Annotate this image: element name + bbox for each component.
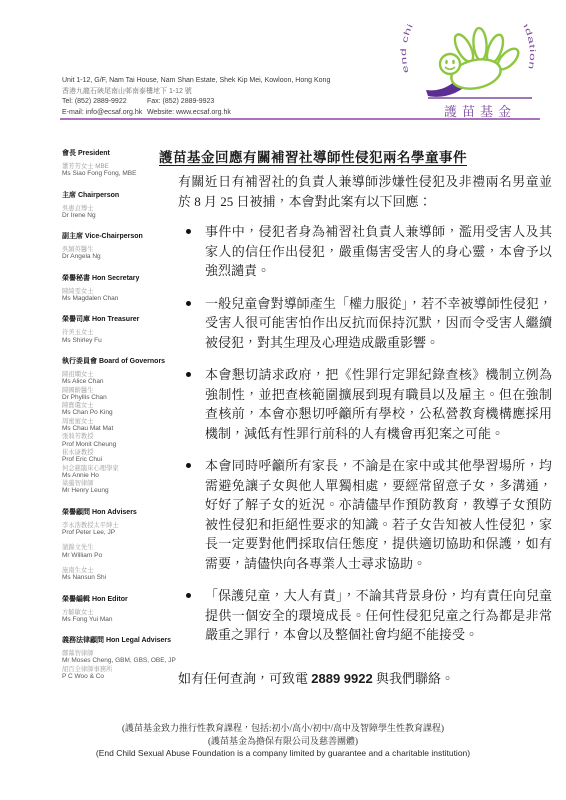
member-entry: 胡百全律師事務所 P C Woo & Co [62, 666, 176, 681]
member-name-en: Ms Annie Ho [62, 472, 176, 479]
member-name-en: Dr Irene Ng [62, 212, 176, 219]
member-entry: 陳綺雯女士 Ms Magdalen Chan [62, 288, 176, 303]
member-name-zh: 陳綺雯女士 [62, 288, 176, 295]
member-name-zh: 胡百全律師事務所 [62, 666, 176, 673]
page-title: 護苗基金回應有關補習社導師性侵犯兩名學童事件 [159, 146, 467, 166]
enquiry-suffix: 與我們聯絡。 [373, 671, 454, 686]
section-heading: 榮譽顧問 Hon Advisers [62, 509, 176, 517]
bullet-item: 本會同時呼籲所有家長，不論是在家中或其他學習場所，均需避免讓子女與他人單獨相處，… [178, 456, 552, 573]
section-heading: 義務法律顧問 Hon Legal Advisers [62, 637, 176, 645]
member-name-zh: 蒲錦文先生 [62, 544, 176, 551]
bullet-item: 本會懇切請求政府，把《性罪行定罪紀錄查核》機制立例為強制性，並把查核範圍擴展到現… [178, 365, 552, 443]
member-name-zh: 何念慈臨床心理學家 [62, 465, 176, 472]
tel-fax-line: Tel: (852) 2889-9922 Fax: (852) 2889-992… [62, 97, 392, 108]
member-name-zh: 梁靄智律師 [62, 480, 176, 487]
member-name-zh: 張莉芳教授 [62, 433, 176, 440]
member-name-en: Dr Angela Ng [62, 253, 176, 260]
member-name-zh: 吳惠貞博士 [62, 205, 176, 212]
sidebar-section-vice-chairperson: 副主席 Vice-Chairperson 吳頴英醫生 Dr Angela Ng [62, 233, 176, 261]
member-name-en: Prof Eric Chui [62, 456, 176, 463]
bullet-icon [186, 593, 191, 598]
email-website-line: E-mail: info@ecsaf.org.hk Website: www.e… [62, 108, 392, 119]
sidebar-section-hon-legal-advisers: 義務法律顧問 Hon Legal Advisers 鄭慕智律師 Mr Moses… [62, 637, 176, 680]
member-name-zh: 施南生女士 [62, 567, 176, 574]
member-entry: 吳惠貞博士 Dr Irene Ng [62, 205, 176, 220]
member-entry: 吳頴英醫生 Dr Angela Ng [62, 246, 176, 261]
member-name-en: Dr Phyllis Chan [62, 394, 176, 401]
section-heading: 榮譽編輯 Hon Editor [62, 596, 176, 604]
bullet-text: 本會同時呼籲所有家長，不論是在家中或其他學習場所，均需避免讓子女與他人單獨相處，… [205, 458, 552, 571]
member-name-zh: 陳國齡醫生 [62, 387, 176, 394]
bullet-item: 一般兒童會對導師產生「權力服從」，若不幸被導師性侵犯，受害人很可能害怕作出反抗而… [178, 294, 552, 353]
member-name-en: Ms Shirley Fu [62, 337, 176, 344]
member-name-en: Prof Monit Cheung [62, 441, 176, 448]
address-zh: 香港九龍石硤尾南山邨南泰樓地下 1-12 號 [62, 87, 392, 98]
section-heading: 主席 Chairperson [62, 192, 176, 200]
member-entry: 符美玉女士 Ms Shirley Fu [62, 329, 176, 344]
member-name-zh: 陳寶瓊女士 [62, 402, 176, 409]
letterhead: Unit 1-12, G/F, Nam Tai House, Nam Shan … [62, 76, 392, 118]
bullet-text: 一般兒童會對導師產生「權力服從」，若不幸被導師性侵犯，受害人很可能害怕作出反抗而… [205, 296, 552, 350]
member-entry: 李永浩教授太平紳士 Prof Peter Lee, JP [62, 522, 176, 537]
member-name-en: Ms Magdalen Chan [62, 295, 176, 302]
response-bullet-list: 事件中，侵犯者身為補習社負責人兼導師，濫用受害人及其家人的信任作出侵犯，嚴重傷害… [178, 222, 552, 645]
bullet-text: 「保護兒童，大人有責」，不論其背景身份，均有責任向兒童提供一個安全的環境成長。任… [205, 588, 552, 642]
logo-org-name: 護苗基金 [444, 104, 516, 119]
member-name-zh: 陳祖嫻女士 [62, 371, 176, 378]
sidebar-section-hon-secretary: 榮譽秘書 Hon Secretary 陳綺雯女士 Ms Magdalen Cha… [62, 275, 176, 303]
enquiry-prefix: 如有任何查詢，可致電 [178, 671, 311, 686]
enquiry-line: 如有任何查詢，可致電 2889 9922 與我們聯絡。 [178, 669, 552, 689]
member-name-en: Mr Henry Leung [62, 487, 176, 494]
member-name-en: Ms Fong Yui Man [62, 616, 176, 623]
member-name-en: P C Woo & Co [62, 673, 176, 680]
member-entry: 鄭慕智律師 Mr Moses Cheng, GBM, GBS, OBE, JP [62, 650, 176, 665]
footer-line-company-zh: (護苗基金為擔保有限公司及慈善團體) [0, 735, 566, 748]
member-entry: 何念慈臨床心理學家 Ms Annie Ho [62, 465, 176, 480]
member-name-zh: 鄭慕智律師 [62, 650, 176, 657]
sidebar-section-hon-advisers: 榮譽顧問 Hon Advisers 李永浩教授太平紳士 Prof Peter L… [62, 509, 176, 582]
footer-line-programs: (護苗基金致力推行性教育課程，包括:初小/高小/初中/高中及智障學生性教育課程) [0, 722, 566, 735]
member-name-en: Ms Siao Fong Fong, MBE [62, 170, 176, 177]
member-name-zh: 周蜜蜜女士 [62, 418, 176, 425]
page-footer: (護苗基金致力推行性教育課程，包括:初小/高小/初中/高中及智障學生性教育課程)… [0, 722, 566, 760]
bullet-text: 事件中，侵犯者身為補習社負責人兼導師，濫用受害人及其家人的信任作出侵犯，嚴重傷害… [205, 224, 552, 278]
statement-body: 有關近日有補習社的負責人兼導師涉嫌性侵犯及非禮兩名男童並於 8 月 25 日被捕… [178, 172, 552, 688]
member-name-zh: 符美玉女士 [62, 329, 176, 336]
document-page: Unit 1-12, G/F, Nam Tai House, Nam Shan … [0, 0, 566, 800]
website-label: Website: www.ecsaf.org.hk [147, 108, 231, 119]
member-entry: 張莉芳教授 Prof Monit Cheung [62, 433, 176, 448]
member-entry: 施南生女士 Ms Nansun Shi [62, 567, 176, 582]
member-name-zh: 李永浩教授太平紳士 [62, 522, 176, 529]
bullet-icon [186, 372, 191, 377]
enquiry-phone-number: 2889 9922 [311, 671, 372, 686]
member-entry: 蒲錦文先生 Mr William Po [62, 544, 176, 559]
bullet-text: 本會懇切請求政府，把《性罪行定罪紀錄查核》機制立例為強制性，並把查核範圍擴展到現… [205, 367, 552, 441]
fax-label: Fax: (852) 2889-9923 [147, 97, 214, 108]
section-heading: 副主席 Vice-Chairperson [62, 233, 176, 241]
footer-line-company-en: (End Child Sexual Abuse Foundation is a … [0, 747, 566, 760]
member-name-en: Mr Moses Cheng, GBM, GBS, OBE, JP [62, 657, 176, 664]
bullet-icon [186, 229, 191, 234]
email-label: E-mail: info@ecsaf.org.hk [62, 108, 145, 119]
member-entry: 陳祖嫻女士 Ms Alice Chan [62, 371, 176, 386]
intro-paragraph: 有關近日有補習社的負責人兼導師涉嫌性侵犯及非禮兩名男童並於 8 月 25 日被捕… [178, 172, 552, 211]
section-heading: 執行委員會 Board of Governors [62, 358, 176, 366]
sidebar-section-hon-treasurer: 榮譽司庫 Hon Treasurer 符美玉女士 Ms Shirley Fu [62, 316, 176, 344]
member-name-en: Ms Chan Po King [62, 409, 176, 416]
member-entry: 陳國齡醫生 Dr Phyllis Chan [62, 387, 176, 402]
bird-head [440, 54, 460, 74]
member-entry: 梁靄智律師 Mr Henry Leung [62, 480, 176, 495]
sidebar-section-chairperson: 主席 Chairperson 吳惠貞博士 Dr Irene Ng [62, 192, 176, 220]
officers-sidebar: 會長 President 蕭芳芳女士 MBE Ms Siao Fong Fong… [62, 150, 176, 694]
member-entry: 方毓敏女士 Ms Fong Yui Man [62, 609, 176, 624]
bullet-item: 「保護兒童，大人有責」，不論其背景身份，均有責任向兒童提供一個安全的環境成長。任… [178, 586, 552, 645]
member-name-en: Ms Alice Chan [62, 378, 176, 385]
sidebar-section-hon-editor: 榮譽編輯 Hon Editor 方毓敏女士 Ms Fong Yui Man [62, 596, 176, 624]
member-name-zh: 吳頴英醫生 [62, 246, 176, 253]
section-heading: 榮譽秘書 Hon Secretary [62, 275, 176, 283]
member-entry: 周蜜蜜女士 Ms Chau Mat Mat [62, 418, 176, 433]
bullet-icon [186, 463, 191, 468]
member-name-en: Ms Nansun Shi [62, 574, 176, 581]
member-name-zh: 崔永康教授 [62, 449, 176, 456]
section-heading: 榮譽司庫 Hon Treasurer [62, 316, 176, 324]
member-name-en: Mr William Po [62, 552, 176, 559]
header-divider [60, 118, 540, 120]
member-name-zh: 方毓敏女士 [62, 609, 176, 616]
member-entry: 崔永康教授 Prof Eric Chui [62, 449, 176, 464]
address-en: Unit 1-12, G/F, Nam Tai House, Nam Shan … [62, 76, 392, 87]
member-name-en: Ms Chau Mat Mat [62, 425, 176, 432]
bullet-icon [186, 301, 191, 306]
member-name-en: Prof Peter Lee, JP [62, 529, 176, 536]
tel-label: Tel: (852) 2889-9922 [62, 97, 145, 108]
member-entry: 陳寶瓊女士 Ms Chan Po King [62, 402, 176, 417]
sidebar-section-board-of-governors: 執行委員會 Board of Governors 陳祖嫻女士 Ms Alice … [62, 358, 176, 495]
bullet-item: 事件中，侵犯者身為補習社負責人兼導師，濫用受害人及其家人的信任作出侵犯，嚴重傷害… [178, 222, 552, 281]
